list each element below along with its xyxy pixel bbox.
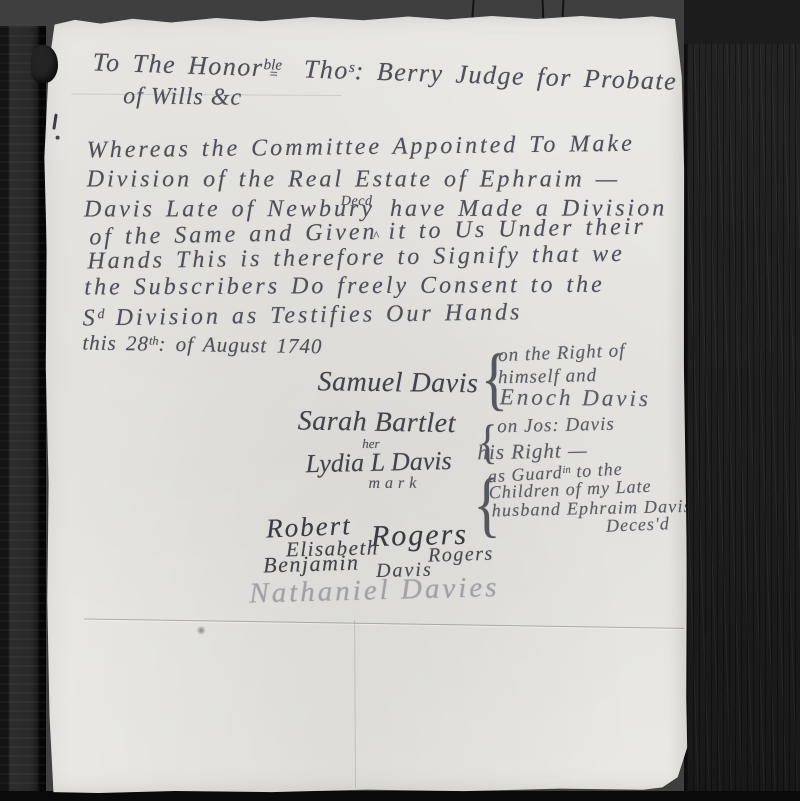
paper-crease bbox=[84, 618, 684, 628]
scratch-mark bbox=[562, 0, 565, 17]
background-bottom-band bbox=[0, 791, 800, 801]
document-paper: To The Honorble=Thos: Berry Judge for Pr… bbox=[43, 14, 688, 793]
wood-frame-left bbox=[0, 26, 46, 801]
signature-samuel-davis: Samuel Davis bbox=[317, 366, 478, 400]
ink-blot bbox=[52, 113, 57, 129]
signature-note: on Jos: Davis bbox=[497, 414, 615, 439]
signature-note: Deces'd bbox=[606, 513, 671, 537]
signature-nathaniel-davies: Nathaniel Davies bbox=[249, 571, 500, 611]
body-line: Sd Division as Testifies Our Hands bbox=[82, 299, 522, 332]
paper-crease bbox=[354, 620, 356, 788]
body-line: the Subscribers Do freely Consent to the bbox=[84, 272, 605, 302]
background-dark-corner bbox=[684, 0, 800, 46]
date-text: this 28 bbox=[82, 330, 149, 355]
signature-sarah-bartlet: Sarah Bartlet bbox=[297, 405, 456, 440]
abbreviation-superscript: d bbox=[98, 308, 105, 323]
signature-note: Enoch Davis bbox=[500, 384, 651, 412]
scanned-document-photo: To The Honorble=Thos: Berry Judge for Pr… bbox=[0, 0, 800, 801]
body-line: Division of the Real Estate of Ephraim — bbox=[87, 166, 620, 193]
salutation-rest: : Berry Judge for Probate bbox=[354, 56, 677, 96]
scratch-mark bbox=[471, 0, 474, 18]
date-text: : of August 1740 bbox=[158, 332, 322, 359]
note-superscript: in bbox=[562, 465, 571, 476]
wood-frame-right bbox=[684, 44, 800, 801]
body-text: S bbox=[82, 305, 97, 331]
salutation-text: To The Honor bbox=[92, 47, 264, 82]
judge-name-superscript: s bbox=[349, 60, 355, 76]
body-text: Davis Late of Newbury bbox=[84, 196, 375, 223]
date-superscript: th bbox=[149, 334, 159, 348]
insertion-text: Decd bbox=[341, 194, 373, 210]
date-line: this 28th: of August 1740 bbox=[82, 330, 322, 359]
paper-smudge bbox=[196, 626, 206, 635]
wood-knob bbox=[31, 45, 58, 83]
body-text: Division as Testifies Our Hands bbox=[104, 299, 522, 331]
judge-name: Tho bbox=[303, 54, 349, 84]
signature-elisabeth-surname: Rogers bbox=[428, 543, 494, 568]
ink-blot bbox=[56, 136, 60, 140]
salutation-line2: of Wills &c bbox=[123, 83, 242, 111]
body-line: Whereas the Committee Appointed To Make bbox=[87, 131, 635, 165]
abbreviation-mark: = bbox=[268, 66, 269, 83]
signature-note: on the Right of bbox=[498, 340, 626, 367]
her-mark-label-bottom: mark bbox=[368, 475, 421, 493]
